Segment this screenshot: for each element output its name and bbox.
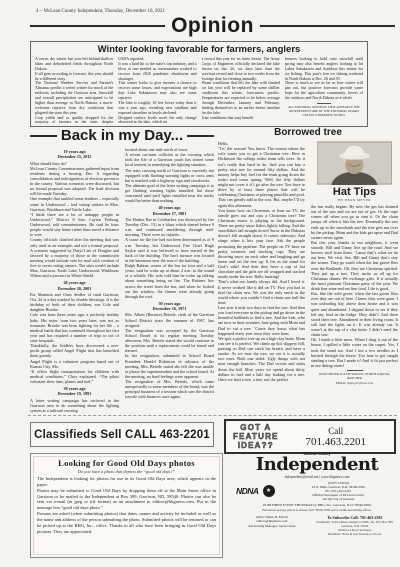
divider	[317, 103, 331, 104]
era-body: located about one mile north of town. A …	[125, 147, 214, 203]
masthead-subscribe-block: To Subscribe Call: 701-463-2201 Postmast…	[312, 515, 398, 536]
masthead-staff-block: editor: James D. Falcon editors@bhgnews.…	[236, 515, 308, 536]
rule-right	[260, 25, 395, 27]
section-title: Opinion	[171, 14, 254, 38]
feature-line-2: FEATURE	[233, 432, 279, 441]
eagle-emblem-icon: ★	[263, 485, 275, 497]
rule-left	[30, 135, 57, 137]
hat-tips-col-2-text: the fun really begins. By now the gas ha…	[311, 204, 398, 368]
era-body: Mrs. Albert (Bernice) Beierle, clerk of …	[125, 312, 214, 399]
feature-idea-box: GOT A FEATURE IDEA?? Call 701.463.2201	[224, 419, 396, 454]
rule-right	[187, 135, 214, 137]
hat-tips-footnote: DEAN MEYER IS A DICKINSON, NORTH DAKOTA,…	[311, 372, 398, 385]
era-body: The Harbor Bar in Coleharbor was destroy…	[125, 217, 214, 299]
feature-line-1: GOT A	[233, 423, 279, 432]
hat-tips-columns: Hello, ’Tis’ the season! You know. The s…	[218, 141, 398, 413]
feature-call-block: Call 701.463.2201	[285, 426, 387, 448]
hat-tips-column: Borrowed tree Hello, ’Tis’ the season! Y…	[218, 127, 398, 413]
winter-article-headline: Winter looking favorable for farmers, an…	[35, 44, 363, 55]
editorial-disclaimer: ALL EDITORIAL OPINIONS THAT APPEAR IN TH…	[285, 105, 363, 117]
ndna-logo: NDNA	[236, 486, 259, 496]
back-in-my-day-col-2: located about one mile north of town. A …	[125, 147, 214, 413]
back-in-my-day-title: Back in my Day...	[61, 127, 183, 144]
hat-tips-byline: BY DEAN MEYER	[311, 198, 398, 202]
feature-idea-text: GOT A FEATURE IDEA??	[233, 423, 279, 451]
era-heading: 20 years ago December 20, 2001	[30, 280, 119, 291]
good-old-days-title: Looking for Good Old Days photos	[37, 458, 216, 468]
era-body: What should they do? McLean County Commi…	[30, 161, 119, 279]
masthead-logo-row: NDNA ★ (USPS 335220) 93 N. Main, Garriso…	[236, 481, 398, 502]
feature-phone-number: 701.463.2201	[285, 436, 387, 448]
era-heading: 40 years ago December 17, 1981	[125, 205, 214, 216]
hat-tips-col-2: Hat Tips BY DEAN MEYER the fun really be…	[311, 141, 398, 413]
era-heading: 30 years ago December 19, 1991	[30, 386, 119, 397]
hat-tips-title: Hat Tips	[311, 186, 398, 198]
winter-col-1: A warm, dry winter last year left behind…	[35, 57, 113, 125]
opinion-section-header: Opinion	[30, 13, 395, 39]
winter-col-4: farmers looking to hold onto snowfall un…	[285, 57, 363, 125]
good-old-days-body: The Independent is looking for photos fo…	[37, 476, 216, 534]
winter-col-4-text: farmers looking to hold onto snowfall un…	[285, 57, 363, 101]
classifieds-banner: Classifieds Sell CALL 463-2201	[30, 422, 214, 447]
winter-article-box: Winter looking favorable for farmers, an…	[30, 41, 368, 127]
masthead-address-block: (USPS 335220) 93 N. Main, Garrison, N.D.…	[279, 481, 398, 502]
hat-tips-col-1: Hello, ’Tis’ the season! You know. The s…	[218, 141, 305, 413]
rule-left	[30, 25, 165, 27]
era-heading: 10 years ago December 15, 2011	[30, 149, 119, 160]
good-old-days-ad: Looking for Good Old Days photos Do you …	[30, 453, 223, 558]
masthead-newspaper-name: Independent	[236, 456, 398, 473]
feature-line-3: IDEA??	[233, 441, 279, 450]
masthead-contact-line: independent@restel.net | www.bhgnews.com	[236, 475, 398, 479]
winter-col-3: a record this year for its latest freeze…	[202, 57, 280, 125]
dean-meyer-photo	[317, 141, 392, 185]
newspaper-page: 4 – McLean County Independent, Thursday,…	[0, 0, 400, 567]
back-in-my-day-col-1: 10 years ago December 15, 2011 What shou…	[30, 147, 119, 413]
winter-article-columns: A warm, dry winter last year left behind…	[35, 57, 363, 125]
winter-col-2: USDA reported. It was a hard hit to the …	[118, 57, 196, 125]
divider	[347, 370, 363, 371]
era-body: A letter writing campaign has surfaced i…	[30, 398, 119, 413]
dashed-separator	[28, 415, 397, 416]
masthead: McLean County Independent independent@re…	[236, 452, 398, 536]
good-old-days-subtitle: Do you have a photo that depicts the “go…	[37, 469, 216, 474]
era-heading: 50 years ago December 16, 1971	[125, 301, 214, 312]
era-body: For Shannon and Chris Seidler of rural G…	[30, 292, 119, 384]
call-label: Call	[285, 426, 387, 436]
masthead-bottom-row: editor: James D. Falcon editors@bhgnews.…	[236, 515, 398, 536]
masthead-postage-line: Periodicals postage paid at Garrison, N.…	[236, 508, 398, 512]
back-in-my-day-header: Back in my Day...	[30, 127, 214, 144]
back-in-my-day-columns: 10 years ago December 15, 2011 What shou…	[30, 147, 214, 413]
borrowed-tree-headline: Borrowed tree	[218, 127, 398, 138]
postmaster-line: Postmaster: Send address changes to BHG,…	[312, 520, 398, 536]
